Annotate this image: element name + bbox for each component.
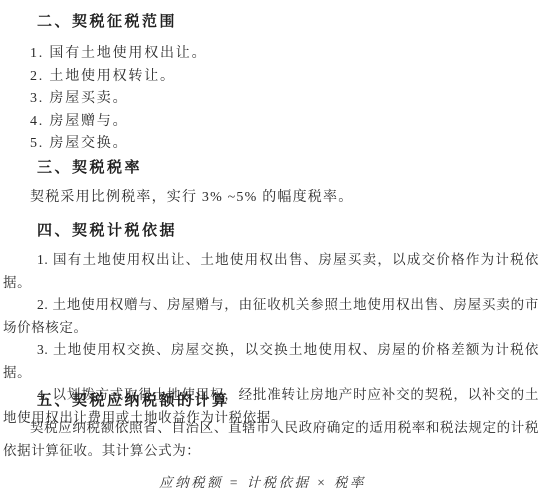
paragraph-tax-rate: 契税采用比例税率，实行 3% ~5% 的幅度税率。 [30, 190, 353, 206]
list-item: 4. 房屋赠与。 [30, 114, 128, 130]
paragraph: 契税应纳税额依照省、自治区、直辖市人民政府确定的适用税率和税法规定的计税依据计算… [3, 417, 539, 462]
tax-formula: 应纳税额 = 计税依据 × 税率 [0, 471, 525, 491]
paragraph: 1. 国有土地使用权出让、土地使用权出售、房屋买卖，以成交价格作为计税依据。 [3, 249, 539, 294]
tax-calculation-paragraphs: 契税应纳税额依照省、自治区、直辖市人民政府确定的适用税率和税法规定的计税依据计算… [3, 417, 539, 462]
section-heading-tax-calculation: 五、契税应纳税额的计算 [37, 393, 230, 409]
section-heading-tax-rate: 三、契税税率 [37, 160, 142, 176]
section-heading-tax-scope: 二、契税征税范围 [37, 14, 177, 30]
paragraph: 3. 土地使用权交换、房屋交换，以交换土地使用权、房屋的价格差额为计税依据。 [3, 339, 539, 384]
list-item: 3. 房屋买卖。 [30, 91, 128, 107]
paragraph: 2. 土地使用权赠与、房屋赠与，由征收机关参照土地使用权出售、房屋买卖的市场价格… [3, 294, 539, 339]
section-heading-tax-basis: 四、契税计税依据 [37, 223, 177, 239]
document-page: 二、契税征税范围 1. 国有土地使用权出让。 2. 土地使用权转让。 3. 房屋… [0, 0, 545, 493]
list-item: 2. 土地使用权转让。 [30, 69, 176, 85]
list-item: 1. 国有土地使用权出让。 [30, 46, 207, 62]
list-item: 5. 房屋交换。 [30, 136, 128, 152]
